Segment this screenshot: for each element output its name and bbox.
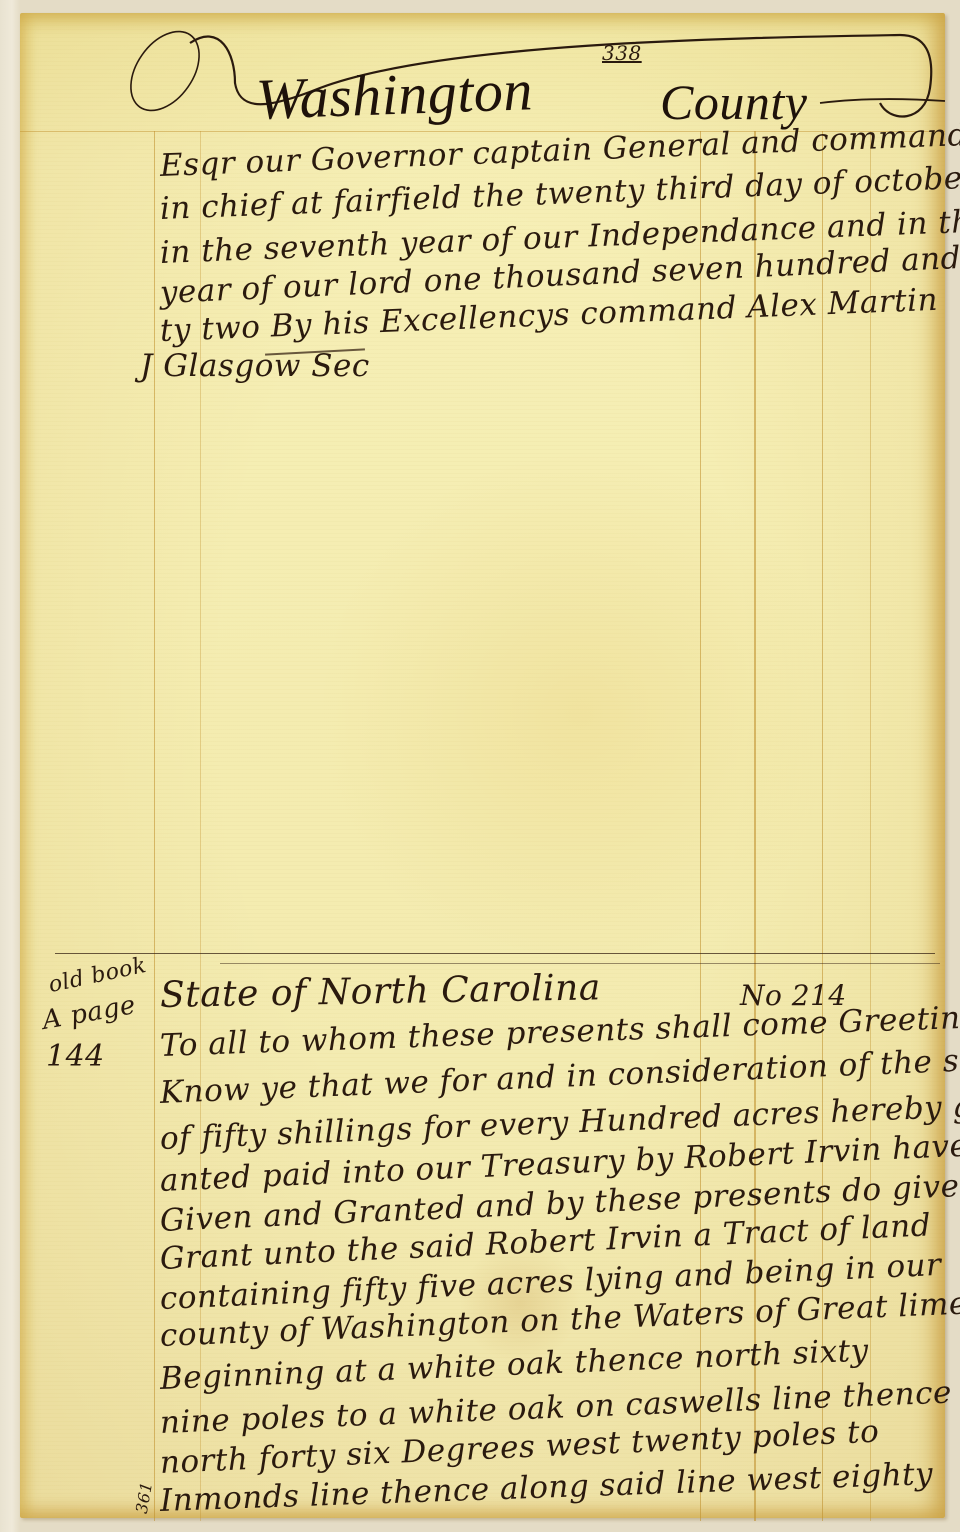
signature-secretary: J Glasgow Sec <box>140 348 370 384</box>
margin-note-line: 144 <box>46 1039 105 1074</box>
entry-separator-rule-2 <box>220 963 940 964</box>
grant-heading: State of North Carolina <box>160 967 601 1016</box>
footer-folio-mark: 361 <box>132 1480 156 1515</box>
page-number: 338 <box>602 41 642 65</box>
ledger-page: 338 Washington County Esqr our Governor … <box>20 13 945 1518</box>
page-title-suffix: County <box>660 73 807 131</box>
page-title-county: Washington <box>255 56 534 133</box>
margin-note-line: old book <box>46 953 148 998</box>
entry-separator-rule <box>55 953 935 954</box>
margin-rule-left <box>154 131 155 1521</box>
